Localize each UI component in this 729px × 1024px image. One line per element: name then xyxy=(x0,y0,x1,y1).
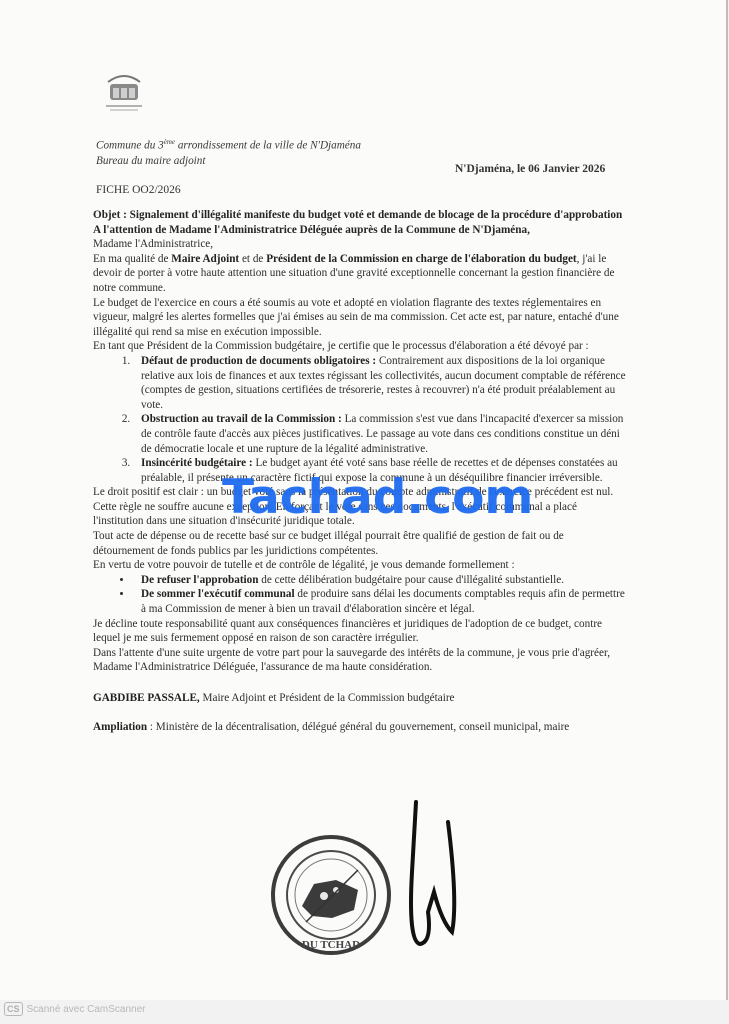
grievance-item: Obstruction au travail de la Commission … xyxy=(133,412,628,456)
scanner-credit: Scanné avec CamScanner xyxy=(27,1004,146,1015)
office-name: Bureau du maire adjoint xyxy=(96,154,361,169)
grievance-item: Défaut de production de documents obliga… xyxy=(133,354,628,412)
signatory: GABDIBE PASSALE, Maire Adjoint et Présid… xyxy=(93,691,628,706)
request-item: De refuser l'approbation de cette délibé… xyxy=(133,573,628,588)
grievance-list: Défaut de production de documents obliga… xyxy=(93,354,628,485)
svg-text:DU TCHAD: DU TCHAD xyxy=(302,939,360,951)
handwritten-signature-icon xyxy=(398,792,470,952)
violation-paragraph: Le budget de l'exercice en cours a été s… xyxy=(93,296,628,340)
request-item: De sommer l'exécutif communal de produir… xyxy=(133,587,628,616)
closing-paragraph: Dans l'attente d'une suite urgente de vo… xyxy=(93,646,628,675)
letter-recipient: A l'attention de Madame l'Administratric… xyxy=(93,223,628,238)
letter-date: N'Djaména, le 06 Janvier 2026 xyxy=(455,163,605,175)
scanned-document-page: Commune du 3ème arrondissement de la vil… xyxy=(0,0,728,1000)
request-list: De refuser l'approbation de cette délibé… xyxy=(93,573,628,617)
certify-paragraph: En tant que Président de la Commission b… xyxy=(93,339,628,354)
scanner-footer: CS Scanné avec CamScanner xyxy=(4,1002,145,1016)
salutation: Madame l'Administratrice, xyxy=(93,237,628,252)
decline-paragraph: Je décline toute responsabilité quant au… xyxy=(93,617,628,646)
organization-name: Commune du 3ème arrondissement de la vil… xyxy=(96,135,361,154)
ampliation: Ampliation : Ministère de la décentralis… xyxy=(93,720,628,735)
watermark: Tachad.com xyxy=(222,470,533,525)
municipal-emblem-icon xyxy=(100,72,148,112)
letter-subject: Objet : Signalement d'illégalité manifes… xyxy=(93,208,628,223)
organization-header: Commune du 3ème arrondissement de la vil… xyxy=(96,135,361,169)
intro-paragraph: En ma qualité de Maire Adjoint et de Pré… xyxy=(93,252,628,296)
reference-number: FICHE OO2/2026 xyxy=(96,184,181,196)
official-stamp-icon: DU TCHAD xyxy=(266,832,396,958)
request-paragraph: En vertu de votre pouvoir de tutelle et … xyxy=(93,558,628,573)
risk-paragraph: Tout acte de dépense ou de recette basé … xyxy=(93,529,628,558)
camscanner-logo-icon: CS xyxy=(4,1002,23,1016)
